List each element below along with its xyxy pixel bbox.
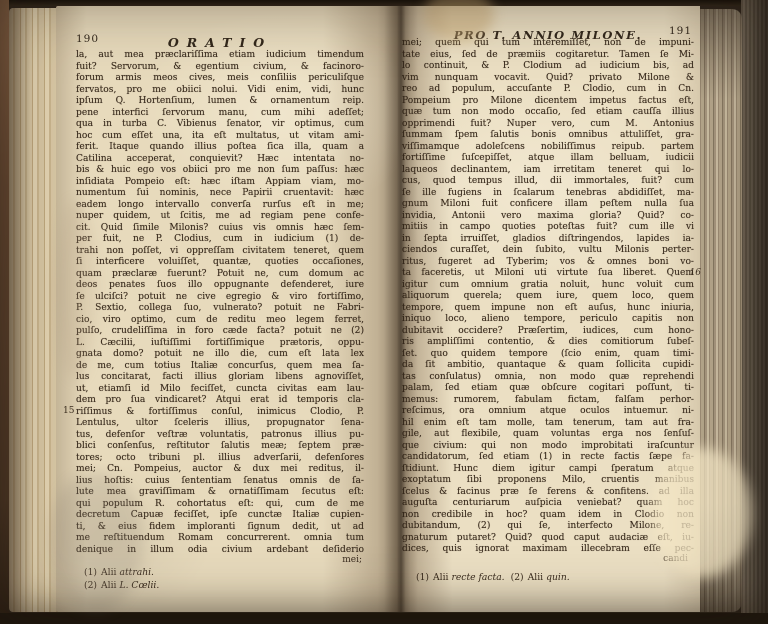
footnote-number: (1) [84, 567, 97, 578]
footnote-variant-reading: recte facta. [451, 572, 504, 583]
right-page-number: 191 [669, 25, 692, 37]
footnote-text: Alii [101, 567, 116, 578]
footnote-line: (1)Aliiattrahi. [84, 566, 159, 579]
left-page-body-text: la, aut mea præclariſſima etiam iudicium… [76, 50, 364, 556]
right-page-catchword: candi [663, 554, 688, 564]
footnote-number: (2) [84, 580, 97, 591]
footnote-variant-reading: L. Cœlii. [119, 580, 159, 591]
fore-edge-page-stack [698, 9, 742, 612]
book-spread-photo: 190 ORATIO 15 la, aut mea præclariſſima … [0, 0, 768, 624]
footnote-variant-reading: quin. [546, 572, 570, 583]
left-page-footnotes: (1)Aliiattrahi. (2)AliiL. Cœlii. [84, 566, 159, 592]
footnote-line: (2)AliiL. Cœlii. [84, 579, 159, 592]
left-page-header: 190 ORATIO [76, 32, 364, 51]
book-cover-left-edge [0, 0, 9, 624]
left-margin-section-number: 15 [63, 406, 74, 416]
book-cover-right-edge [741, 0, 768, 624]
right-page-footnotes: (1)Aliirecte facta.(2)Aliiquin. [416, 572, 570, 583]
left-page-catchword: mei; [342, 555, 362, 565]
left-running-title: ORATIO [168, 35, 272, 50]
footnote-text: Alii [528, 572, 543, 583]
page-191: PRO T. ANNIO MILONE. 191 16 mei; quem qu… [398, 6, 700, 612]
footnote-variant-reading: attrahi. [119, 567, 154, 578]
binding-gutter-shadow [384, 6, 418, 612]
footnote-text: Alii [433, 572, 448, 583]
page-190: 190 ORATIO 15 la, aut mea præclariſſima … [56, 6, 398, 612]
left-page-number: 190 [76, 33, 99, 45]
right-page-body-text: mei; quem qui tum interemiſſet, non de i… [402, 38, 694, 556]
left-page-edge-stack [9, 8, 57, 612]
book-cover-bottom-edge [0, 613, 768, 624]
footnote-number: (2) [511, 572, 524, 583]
footnote-text: Alii [101, 580, 116, 591]
